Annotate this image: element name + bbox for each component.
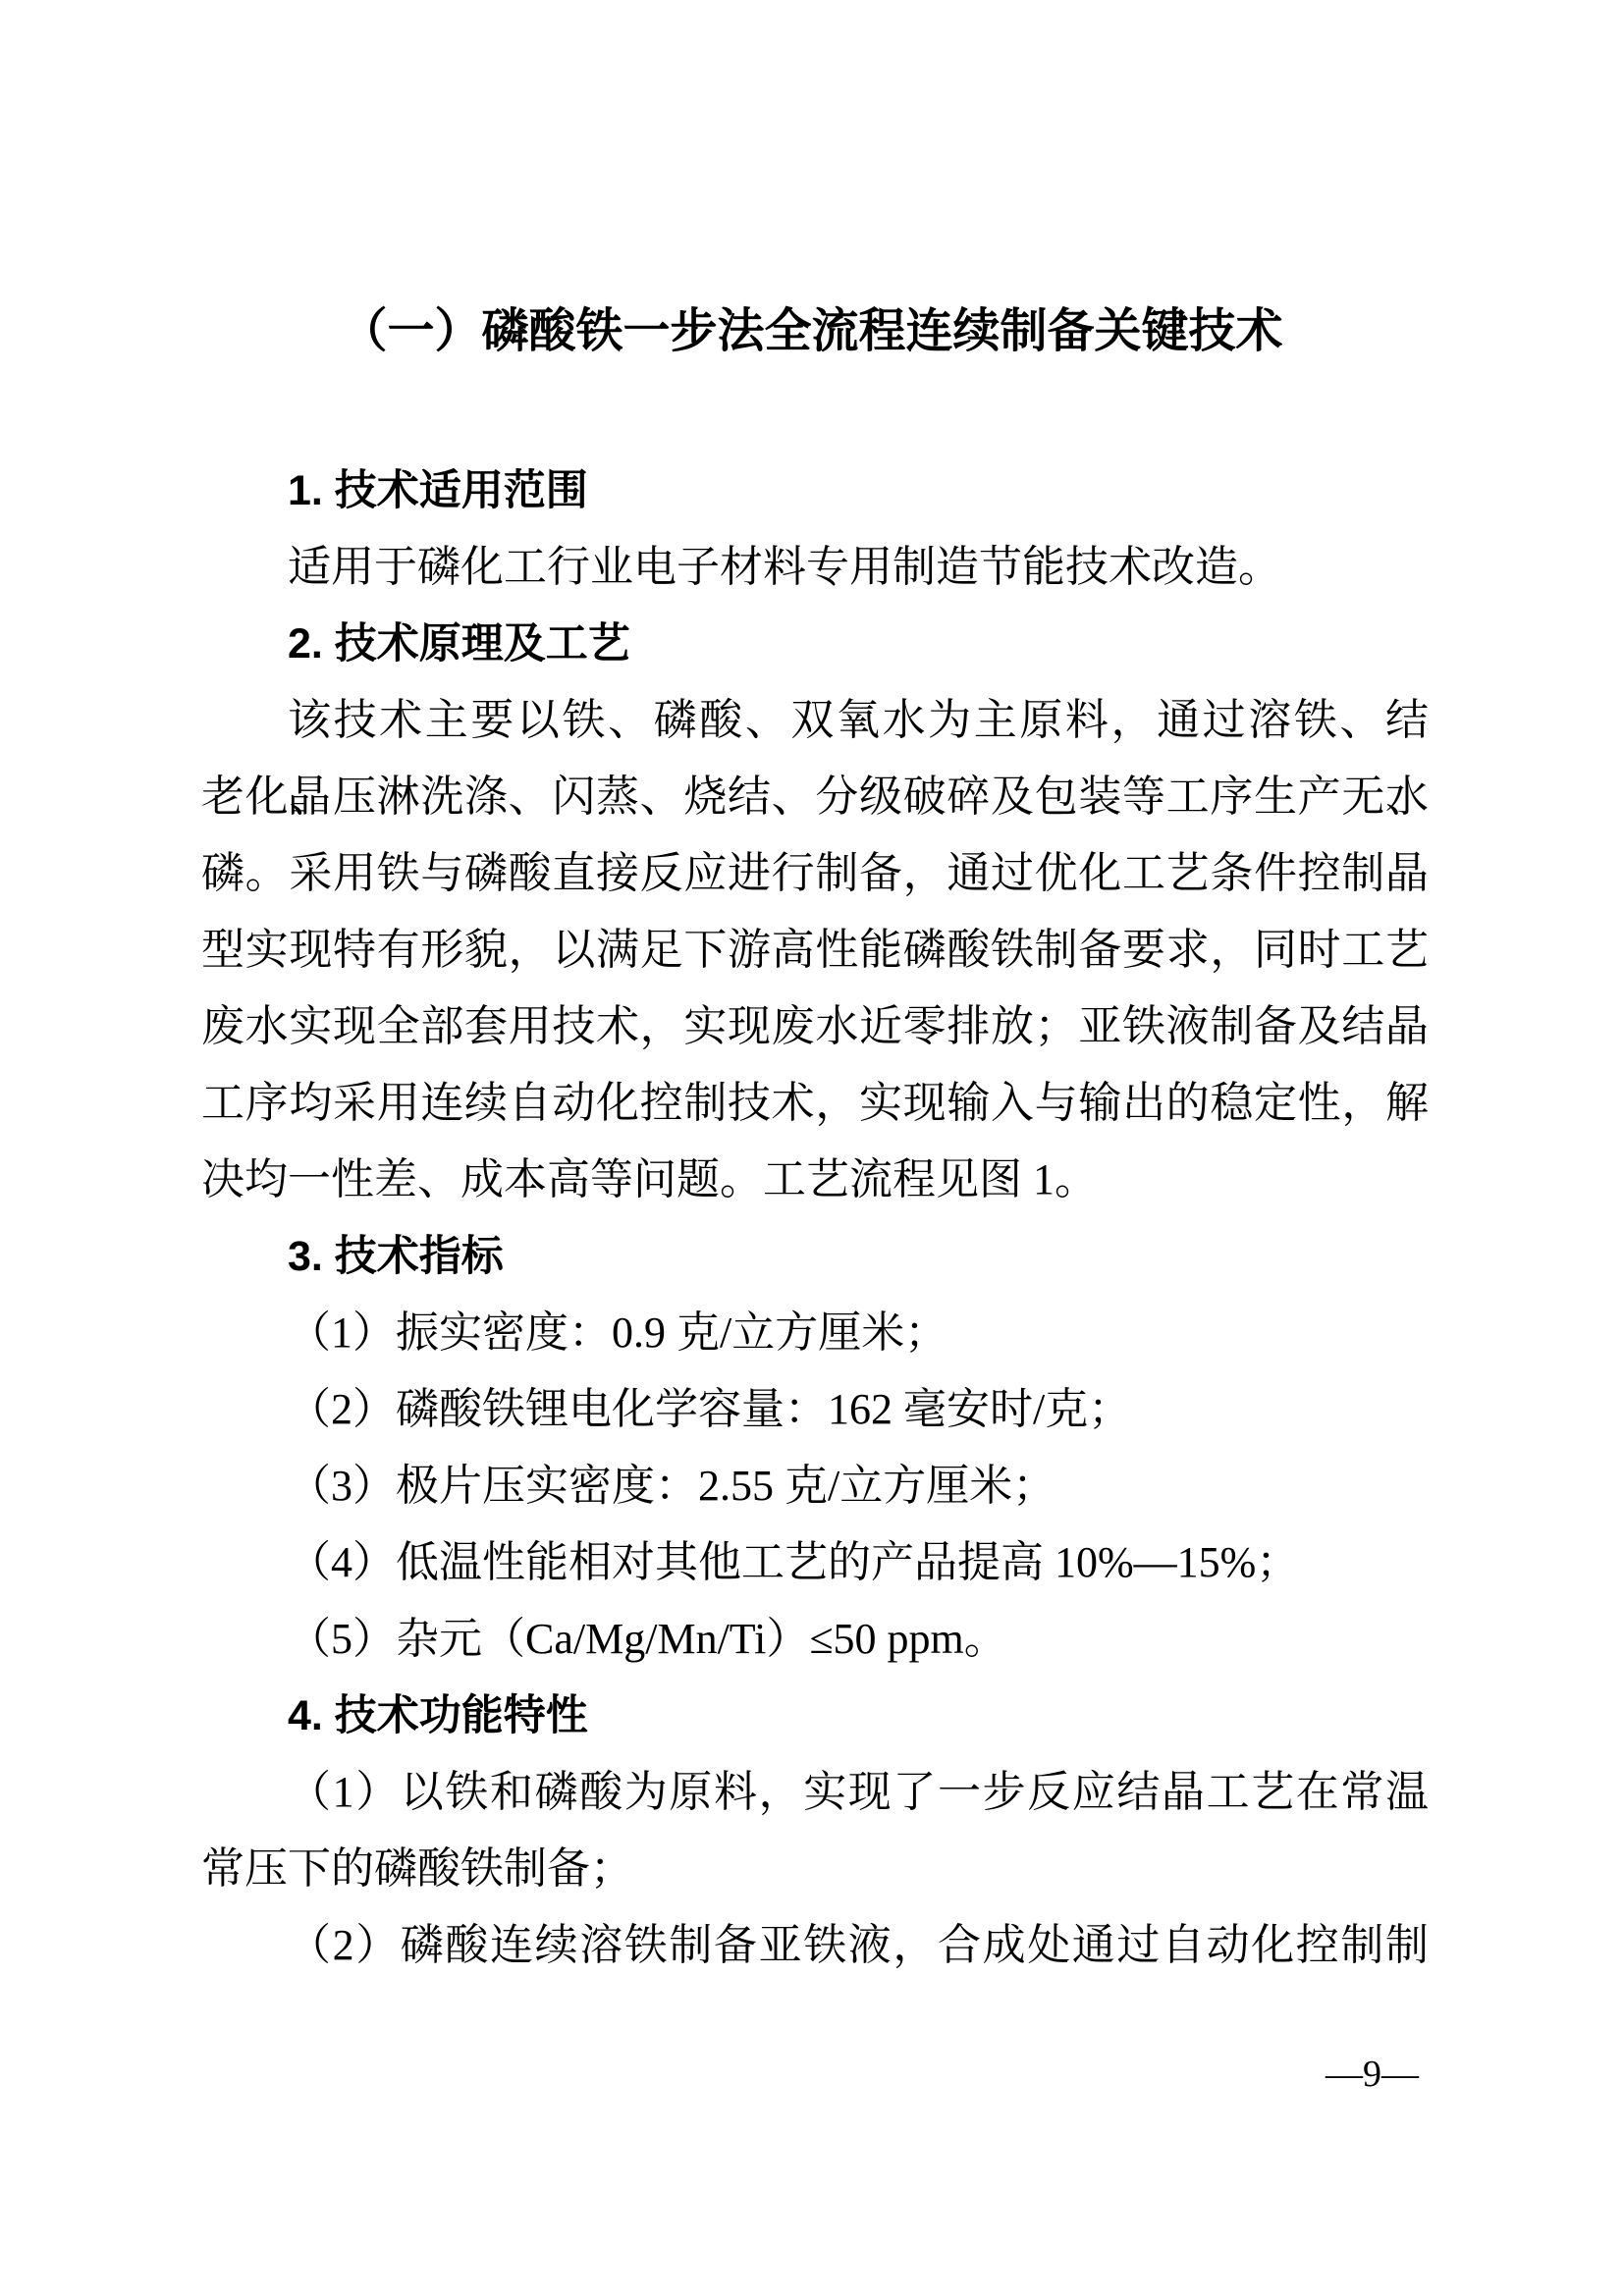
- text-line: （1）振实密度：0.9 克/立方厘米；: [201, 1295, 1429, 1371]
- text-line: （2）磷酸连续溶铁制备亚铁液，合成处通过自动化控制制: [201, 1907, 1429, 1984]
- page-number: —9—: [1325, 2051, 1419, 2098]
- text-line: 废水实现全部套用技术，实现废水近零排放；亚铁液制备及结晶: [201, 988, 1429, 1065]
- text-line: （3）极片压实密度：2.55 克/立方厘米；: [201, 1448, 1429, 1524]
- document-body: 1. 技术适用范围适用于磷化工行业电子材料专用制造节能技术改造。2. 技术原理及…: [201, 453, 1429, 1984]
- text-line: 适用于磷化工行业电子材料专用制造节能技术改造。: [201, 529, 1429, 606]
- section-heading: 3. 技术指标: [201, 1218, 1429, 1295]
- section-heading: 4. 技术功能特性: [201, 1678, 1429, 1754]
- text-line: 型实现特有形貌，以满足下游高性能磷酸铁制备要求，同时工艺: [201, 912, 1429, 988]
- text-line: 磷。采用铁与磷酸直接反应进行制备，通过优化工艺条件控制晶: [201, 835, 1429, 912]
- document-page: （一）磷酸铁一步法全流程连续制备关键技术 1. 技术适用范围适用于磷化工行业电子…: [0, 0, 1623, 2296]
- document-title: （一）磷酸铁一步法全流程连续制备关键技术: [0, 293, 1623, 360]
- text-line: （1）以铁和磷酸为原料，实现了一步反应结晶工艺在常温: [201, 1754, 1429, 1831]
- text-line: （2）磷酸铁锂电化学容量：162 毫安时/克；: [201, 1371, 1429, 1448]
- text-line: 该技术主要以铁、磷酸、双氧水为主原料，通过溶铁、结晶、: [201, 682, 1429, 759]
- text-line: 常压下的磷酸铁制备；: [201, 1831, 1429, 1907]
- section-heading: 1. 技术适用范围: [201, 453, 1429, 529]
- text-line: （5）杂元（Ca/Mg/Mn/Ti）≤50 ppm。: [201, 1601, 1429, 1678]
- text-line: （4）低温性能相对其他工艺的产品提高 10%—15%；: [201, 1524, 1429, 1601]
- text-line: 工序均采用连续自动化控制技术，实现输入与输出的稳定性，解: [201, 1065, 1429, 1142]
- text-line: 老化、压淋洗涤、闪蒸、烧结、分级破碎及包装等工序生产无水: [201, 759, 1429, 835]
- text-line: 决均一性差、成本高等问题。工艺流程见图 1。: [201, 1142, 1429, 1218]
- section-heading: 2. 技术原理及工艺: [201, 606, 1429, 682]
